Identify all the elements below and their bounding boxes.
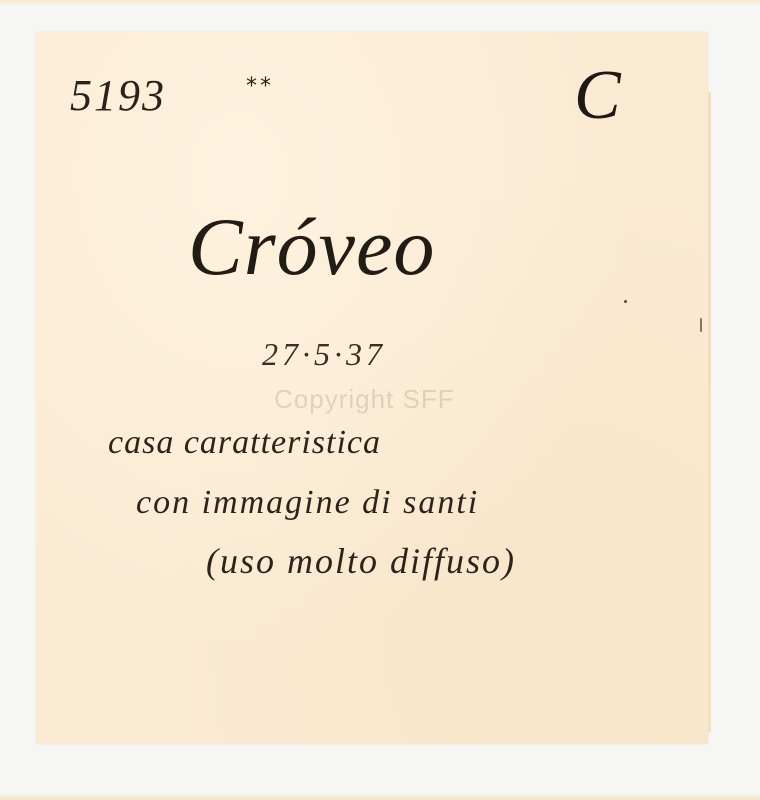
place-name: Cróveo xyxy=(188,200,435,294)
description-line: casa caratteristica xyxy=(108,424,381,462)
description-line: con immagine di santi xyxy=(136,484,479,522)
scan-bottom-edge xyxy=(0,793,760,800)
card-edge-mark xyxy=(700,318,702,332)
ink-speck xyxy=(624,300,627,303)
catalog-number: 5193 xyxy=(70,70,166,121)
date: 27·5·37 xyxy=(262,336,386,373)
catalog-marks: ** xyxy=(246,74,274,99)
description-line: (uso molto diffuso) xyxy=(206,540,516,582)
copyright-watermark: Copyright SFF xyxy=(274,384,455,415)
category-letter: C xyxy=(574,56,621,136)
